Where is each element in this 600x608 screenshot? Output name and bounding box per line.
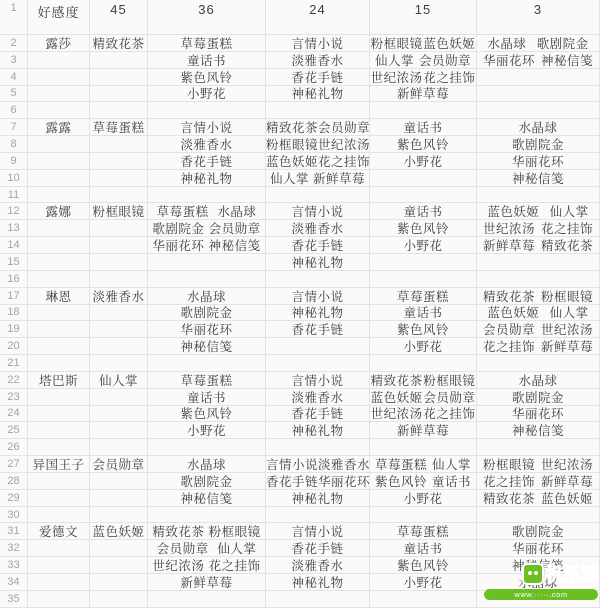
cell-gifts-36[interactable]: 神秘礼物 (148, 170, 266, 187)
cell-character-name[interactable] (28, 406, 90, 423)
header-cell-gifts-45[interactable]: 45 (90, 0, 148, 35)
cell-gifts-15[interactable]: 小野花 (370, 153, 477, 170)
cell-gifts-36[interactable]: 精致花茶粉框眼镜 (148, 523, 266, 540)
row-number[interactable]: 20 (0, 338, 28, 355)
gift-item: 神秘礼物 (291, 305, 343, 322)
cell-character-name[interactable] (28, 170, 90, 187)
cell-gifts-15[interactable]: 紫色风铃童话书 (370, 473, 477, 490)
cell-gifts-24[interactable]: 神秘礼物 (266, 422, 370, 439)
cell-character-name[interactable] (28, 490, 90, 507)
cell-character-name[interactable] (28, 271, 90, 288)
cell-gifts-36[interactable] (148, 271, 266, 288)
cell-gifts-24[interactable]: 言情小说 (266, 523, 370, 540)
cell-character-name[interactable] (28, 86, 90, 103)
cell-gifts-24[interactable]: 神秘礼物 (266, 254, 370, 271)
cell-gifts-45[interactable] (90, 473, 148, 490)
row-number[interactable]: 10 (0, 170, 28, 187)
cell-gifts-3[interactable]: 神秘信笺 (477, 422, 600, 439)
cell-character-name[interactable] (28, 422, 90, 439)
cell-gifts-24[interactable] (266, 187, 370, 204)
cell-gifts-45[interactable] (90, 338, 148, 355)
cell-gifts-3[interactable]: 华丽花环 (477, 540, 600, 557)
cell-gifts-15[interactable]: 新鲜草莓 (370, 86, 477, 103)
cell-gifts-45[interactable] (90, 220, 148, 237)
row-number[interactable]: 33 (0, 557, 28, 574)
character-name: 琳恩 (45, 288, 71, 305)
cell-gifts-45[interactable]: 蓝色妖姬 (90, 523, 148, 540)
cell-gifts-36[interactable] (148, 507, 266, 524)
gift-item: 花之挂饰 (423, 406, 475, 423)
row-number[interactable]: 8 (0, 136, 28, 153)
cell-character-name[interactable] (28, 540, 90, 557)
row-number[interactable]: 15 (0, 254, 28, 271)
cell-gifts-3[interactable]: 水晶球 (477, 574, 600, 591)
cell-gifts-3[interactable] (477, 254, 600, 271)
sheet-row: 23童话书淡雅香水蓝色妖姬会员勋章歌剧院金 (0, 389, 600, 406)
cell-gifts-24[interactable]: 言情小说 (266, 288, 370, 305)
gift-item: 歌剧院金 (537, 35, 589, 52)
gift-item: 神秘信笺 (209, 237, 261, 254)
cell-gifts-45[interactable] (90, 591, 148, 608)
gift-item: 新鲜草莓 (541, 473, 593, 490)
cell-gifts-45[interactable]: 淡雅香水 (90, 288, 148, 305)
cell-gifts-45[interactable] (90, 507, 148, 524)
cell-gifts-15[interactable] (370, 591, 477, 608)
cell-character-name[interactable]: 露娜 (28, 203, 90, 220)
cell-gifts-24[interactable] (266, 338, 370, 355)
row-number[interactable]: 4 (0, 69, 28, 86)
gift-item: 言情小说 (291, 372, 343, 389)
cell-gifts-36[interactable]: 小野花 (148, 86, 266, 103)
gift-item: 蓝色妖姬 (541, 490, 593, 507)
row-number[interactable]: 29 (0, 490, 28, 507)
cell-gifts-36[interactable]: 新鲜草莓 (148, 574, 266, 591)
cell-gifts-45[interactable] (90, 69, 148, 86)
gift-item: 水晶球 (217, 203, 256, 220)
cell-gifts-24[interactable] (266, 439, 370, 456)
header-cell-gifts-15[interactable]: 15 (370, 0, 477, 35)
cell-gifts-36[interactable]: 草莓蛋糕 (148, 372, 266, 389)
gift-item: 华丽花环 (512, 406, 564, 423)
sheet-row: 11 (0, 187, 600, 204)
cell-gifts-3[interactable]: 歌剧院金 (477, 389, 600, 406)
cell-gifts-3[interactable] (477, 69, 600, 86)
cell-gifts-45[interactable] (90, 490, 148, 507)
cell-gifts-36[interactable]: 小野花 (148, 422, 266, 439)
cell-character-name[interactable]: 露莎 (28, 35, 90, 52)
cell-gifts-45[interactable] (90, 422, 148, 439)
cell-gifts-45[interactable] (90, 254, 148, 271)
cell-character-name[interactable]: 塔巴斯 (28, 372, 90, 389)
cell-gifts-36[interactable]: 童话书 (148, 52, 266, 69)
cell-character-name[interactable] (28, 507, 90, 524)
sheet-row: 30 (0, 507, 600, 524)
gift-item: 紫色风铃 (397, 321, 449, 338)
cell-character-name[interactable] (28, 305, 90, 322)
row-number[interactable]: 28 (0, 473, 28, 490)
header-cell-gifts-3[interactable]: 3 (477, 0, 600, 35)
cell-gifts-36[interactable] (148, 439, 266, 456)
cell-gifts-24[interactable]: 蓝色妖姬花之挂饰 (266, 153, 370, 170)
cell-gifts-3[interactable] (477, 86, 600, 103)
cell-gifts-45[interactable] (90, 170, 148, 187)
cell-gifts-3[interactable]: 神秘信笺 (477, 557, 600, 574)
row-number[interactable]: 5 (0, 86, 28, 103)
cell-gifts-45[interactable] (90, 439, 148, 456)
cell-gifts-24[interactable]: 仙人掌新鲜草莓 (266, 170, 370, 187)
cell-character-name[interactable] (28, 338, 90, 355)
cell-gifts-45[interactable]: 会员勋章 (90, 456, 148, 473)
cell-gifts-24[interactable]: 精致花茶会员勋章 (266, 119, 370, 136)
cell-gifts-24[interactable]: 神秘礼物 (266, 305, 370, 322)
character-name: 露娜 (45, 203, 71, 220)
cell-gifts-45[interactable] (90, 389, 148, 406)
cell-gifts-24[interactable]: 淡雅香水 (266, 220, 370, 237)
cell-gifts-3[interactable]: 歌剧院金 (477, 523, 600, 540)
cell-gifts-24[interactable]: 香花手链 (266, 321, 370, 338)
cell-gifts-15[interactable]: 小野花 (370, 490, 477, 507)
cell-gifts-36[interactable]: 世纪浓汤花之挂饰 (148, 557, 266, 574)
header-cell-gifts-36[interactable]: 36 (148, 0, 266, 35)
cell-gifts-15[interactable]: 紫色风铃 (370, 321, 477, 338)
gift-item: 神秘信笺 (512, 170, 564, 187)
cell-gifts-15[interactable]: 仙人掌会员勋章 (370, 52, 477, 69)
cell-gifts-15[interactable]: 草莓蛋糕 (370, 288, 477, 305)
cell-gifts-36[interactable]: 童话书 (148, 389, 266, 406)
gift-item: 世纪浓汤 (152, 557, 204, 574)
cell-character-name[interactable] (28, 439, 90, 456)
sheet-row: 15神秘礼物 (0, 254, 600, 271)
sheet-row: 18歌剧院金神秘礼物童话书蓝色妖姬仙人掌 (0, 305, 600, 322)
row-number[interactable]: 26 (0, 439, 28, 456)
cell-gifts-24[interactable]: 淡雅香水 (266, 389, 370, 406)
cell-gifts-36[interactable]: 歌剧院金会员勋章 (148, 220, 266, 237)
cell-gifts-24[interactable]: 言情小说 (266, 203, 370, 220)
cell-gifts-24[interactable]: 神秘礼物 (266, 490, 370, 507)
header-cell-character-name[interactable]: 好感度 (28, 0, 90, 35)
cell-gifts-3[interactable]: 新鲜草莓精致花茶 (477, 237, 600, 254)
cell-character-name[interactable] (28, 473, 90, 490)
cell-gifts-3[interactable] (477, 102, 600, 119)
cell-gifts-15[interactable]: 粉框眼镜蓝色妖姬 (370, 35, 477, 52)
cell-gifts-45[interactable] (90, 237, 148, 254)
cell-character-name[interactable]: 琳恩 (28, 288, 90, 305)
cell-gifts-24[interactable]: 香花手链 (266, 237, 370, 254)
gift-item: 香花手链 (180, 153, 232, 170)
cell-gifts-3[interactable]: 粉框眼镜世纪浓汤 (477, 456, 600, 473)
cell-gifts-45[interactable] (90, 557, 148, 574)
cell-gifts-36[interactable]: 歌剧院金 (148, 473, 266, 490)
cell-character-name[interactable] (28, 254, 90, 271)
cell-gifts-45[interactable] (90, 52, 148, 69)
cell-character-name[interactable] (28, 102, 90, 119)
sheet-row: 24紫色风铃香花手链世纪浓汤花之挂饰华丽花环 (0, 406, 600, 423)
gift-item: 精致花茶 (371, 372, 423, 389)
row-number[interactable]: 18 (0, 305, 28, 322)
cell-gifts-36[interactable]: 香花手链 (148, 153, 266, 170)
cell-gifts-3[interactable]: 华丽花环神秘信笺 (477, 52, 600, 69)
cell-gifts-36[interactable]: 草莓蛋糕 (148, 35, 266, 52)
cell-character-name[interactable] (28, 574, 90, 591)
cell-gifts-45[interactable] (90, 187, 148, 204)
cell-gifts-36[interactable]: 言情小说 (148, 119, 266, 136)
cell-gifts-15[interactable]: 小野花 (370, 237, 477, 254)
cell-gifts-45[interactable] (90, 271, 148, 288)
header-cell-gifts-24[interactable]: 24 (266, 0, 370, 35)
cell-gifts-15[interactable] (370, 102, 477, 119)
cell-character-name[interactable] (28, 591, 90, 608)
row-number[interactable]: 32 (0, 540, 28, 557)
cell-character-name[interactable] (28, 355, 90, 372)
cell-character-name[interactable]: 爱德文 (28, 523, 90, 540)
row-number[interactable]: 3 (0, 52, 28, 69)
cell-gifts-45[interactable] (90, 540, 148, 557)
row-number[interactable]: 31 (0, 523, 28, 540)
gift-item: 淡雅香水 (318, 456, 370, 473)
cell-gifts-45[interactable]: 精致花茶 (90, 35, 148, 52)
cell-gifts-24[interactable]: 淡雅香水 (266, 52, 370, 69)
cell-gifts-3[interactable] (477, 271, 600, 288)
cell-gifts-3[interactable]: 世纪浓汤花之挂饰 (477, 220, 600, 237)
gift-item: 会员勋章 (483, 321, 535, 338)
cell-gifts-3[interactable]: 水晶球歌剧院金 (477, 35, 600, 52)
cell-gifts-45[interactable]: 粉框眼镜 (90, 203, 148, 220)
cell-gifts-36[interactable] (148, 187, 266, 204)
gift-item: 童话书 (403, 305, 442, 322)
cell-character-name[interactable] (28, 389, 90, 406)
cell-gifts-24[interactable]: 粉框眼镜世纪浓汤 (266, 136, 370, 153)
cell-gifts-3[interactable] (477, 187, 600, 204)
cell-gifts-24[interactable]: 香花手链 (266, 540, 370, 557)
row-number[interactable]: 30 (0, 507, 28, 524)
cell-gifts-15[interactable]: 紫色风铃 (370, 136, 477, 153)
cell-character-name[interactable] (28, 52, 90, 69)
cell-character-name[interactable] (28, 69, 90, 86)
cell-gifts-45[interactable] (90, 574, 148, 591)
row-number[interactable]: 12 (0, 203, 28, 220)
cell-gifts-3[interactable]: 会员勋章世纪浓汤 (477, 321, 600, 338)
cell-gifts-45[interactable] (90, 86, 148, 103)
row-number[interactable]: 17 (0, 288, 28, 305)
cell-gifts-36[interactable]: 会员勋章仙人掌 (148, 540, 266, 557)
cell-gifts-15[interactable]: 紫色风铃 (370, 220, 477, 237)
cell-gifts-24[interactable] (266, 355, 370, 372)
cell-gifts-36[interactable]: 紫色风铃 (148, 69, 266, 86)
cell-gifts-24[interactable] (266, 271, 370, 288)
row-number[interactable]: 14 (0, 237, 28, 254)
sheet-row: 8淡雅香水粉框眼镜世纪浓汤紫色风铃歌剧院金 (0, 136, 600, 153)
cell-gifts-45[interactable]: 草莓蛋糕 (90, 119, 148, 136)
cell-gifts-36[interactable]: 草莓蛋糕水晶球 (148, 203, 266, 220)
gift-item: 香花手链 (291, 69, 343, 86)
gift-item: 粉框眼镜 (92, 203, 144, 220)
cell-gifts-15[interactable] (370, 439, 477, 456)
cell-gifts-36[interactable]: 紫色风铃 (148, 406, 266, 423)
gift-item: 歌剧院金 (512, 523, 564, 540)
cell-character-name[interactable] (28, 187, 90, 204)
cell-gifts-36[interactable]: 歌剧院金 (148, 305, 266, 322)
cell-gifts-15[interactable] (370, 271, 477, 288)
cell-gifts-15[interactable]: 小野花 (370, 338, 477, 355)
cell-gifts-36[interactable] (148, 102, 266, 119)
gift-item: 香花手链 (291, 406, 343, 423)
cell-gifts-15[interactable]: 童话书 (370, 119, 477, 136)
cell-gifts-36[interactable] (148, 355, 266, 372)
gift-item: 粉框眼镜 (541, 288, 593, 305)
cell-gifts-3[interactable]: 华丽花环 (477, 406, 600, 423)
cell-gifts-45[interactable] (90, 321, 148, 338)
cell-gifts-3[interactable]: 蓝色妖姬仙人掌 (477, 203, 600, 220)
cell-gifts-15[interactable]: 小野花 (370, 574, 477, 591)
gift-item: 精致花茶 (541, 237, 593, 254)
cell-gifts-15[interactable] (370, 507, 477, 524)
cell-gifts-15[interactable]: 童话书 (370, 305, 477, 322)
cell-gifts-36[interactable]: 华丽花环神秘信笺 (148, 237, 266, 254)
cell-gifts-36[interactable]: 神秘信笺 (148, 338, 266, 355)
header-label: 3 (534, 2, 542, 17)
cell-gifts-3[interactable]: 华丽花环 (477, 153, 600, 170)
row-number[interactable]: 35 (0, 591, 28, 608)
cell-gifts-24[interactable]: 香花手链 (266, 69, 370, 86)
row-number[interactable]: 19 (0, 321, 28, 338)
cell-gifts-45[interactable] (90, 406, 148, 423)
cell-gifts-24[interactable] (266, 507, 370, 524)
cell-gifts-15[interactable] (370, 254, 477, 271)
gift-item: 草莓蛋糕 (397, 288, 449, 305)
cell-character-name[interactable]: 异国王子 (28, 456, 90, 473)
cell-gifts-3[interactable]: 花之挂饰新鲜草莓 (477, 473, 600, 490)
header-label: 36 (198, 2, 214, 17)
cell-gifts-24[interactable]: 神秘礼物 (266, 574, 370, 591)
gift-item: 花之挂饰 (209, 557, 261, 574)
cell-gifts-15[interactable]: 草莓蛋糕仙人掌 (370, 456, 477, 473)
cell-gifts-15[interactable]: 精致花茶粉框眼镜 (370, 372, 477, 389)
gift-item: 会员勋章 (157, 540, 209, 557)
cell-gifts-15[interactable]: 世纪浓汤花之挂饰 (370, 69, 477, 86)
cell-gifts-24[interactable]: 香花手链华丽花环 (266, 473, 370, 490)
cell-gifts-24[interactable] (266, 102, 370, 119)
row-number[interactable]: 34 (0, 574, 28, 591)
gift-item: 歌剧院金 (512, 389, 564, 406)
sheet-row: 22塔巴斯仙人掌草莓蛋糕言情小说精致花茶粉框眼镜水晶球 (0, 372, 600, 389)
row-number[interactable]: 22 (0, 372, 28, 389)
row-number[interactable]: 7 (0, 119, 28, 136)
gift-item: 水晶球 (187, 456, 226, 473)
gift-item: 草莓蛋糕 (180, 372, 232, 389)
cell-gifts-45[interactable] (90, 136, 148, 153)
row-number[interactable]: 1 (0, 0, 28, 35)
cell-character-name[interactable] (28, 321, 90, 338)
cell-gifts-36[interactable]: 华丽花环 (148, 321, 266, 338)
header-label: 好感度 (37, 2, 79, 21)
cell-gifts-36[interactable]: 水晶球 (148, 456, 266, 473)
gift-item: 童话书 (187, 389, 226, 406)
cell-gifts-3[interactable] (477, 355, 600, 372)
cell-gifts-24[interactable]: 淡雅香水 (266, 557, 370, 574)
cell-character-name[interactable] (28, 136, 90, 153)
row-number[interactable]: 27 (0, 456, 28, 473)
cell-character-name[interactable] (28, 237, 90, 254)
cell-character-name[interactable] (28, 153, 90, 170)
gift-item: 神秘信笺 (180, 490, 232, 507)
cell-gifts-24[interactable]: 言情小说淡雅香水 (266, 456, 370, 473)
row-number[interactable]: 24 (0, 406, 28, 423)
row-number[interactable]: 6 (0, 102, 28, 119)
spreadsheet: 1好感度4536241532露莎精致花茶草莓蛋糕言情小说粉框眼镜蓝色妖姬水晶球歌… (0, 0, 600, 608)
cell-gifts-15[interactable]: 紫色风铃 (370, 557, 477, 574)
cell-gifts-3[interactable]: 花之挂饰新鲜草莓 (477, 338, 600, 355)
cell-gifts-24[interactable]: 香花手链 (266, 406, 370, 423)
cell-gifts-3[interactable]: 歌剧院金 (477, 136, 600, 153)
cell-gifts-24[interactable]: 言情小说 (266, 372, 370, 389)
cell-gifts-36[interactable]: 淡雅香水 (148, 136, 266, 153)
cell-gifts-36[interactable] (148, 254, 266, 271)
cell-gifts-45[interactable] (90, 153, 148, 170)
cell-gifts-3[interactable]: 神秘信笺 (477, 170, 600, 187)
row-number[interactable]: 9 (0, 153, 28, 170)
cell-gifts-24[interactable]: 言情小说 (266, 35, 370, 52)
cell-gifts-3[interactable]: 蓝色妖姬仙人掌 (477, 305, 600, 322)
gift-item: 童话书 (403, 203, 442, 220)
cell-gifts-3[interactable] (477, 507, 600, 524)
cell-gifts-3[interactable] (477, 591, 600, 608)
cell-character-name[interactable] (28, 220, 90, 237)
cell-gifts-3[interactable]: 精致花茶蓝色妖姬 (477, 490, 600, 507)
row-number[interactable]: 11 (0, 187, 28, 204)
cell-gifts-45[interactable]: 仙人掌 (90, 372, 148, 389)
cell-gifts-15[interactable]: 童话书 (370, 203, 477, 220)
sheet-row: 7露露草莓蛋糕言情小说精致花茶会员勋章童话书水晶球 (0, 119, 600, 136)
row-number[interactable]: 16 (0, 271, 28, 288)
row-number[interactable]: 25 (0, 422, 28, 439)
gift-item: 华丽花环 (512, 153, 564, 170)
gift-item: 神秘信笺 (512, 557, 564, 574)
cell-character-name[interactable] (28, 557, 90, 574)
cell-gifts-15[interactable]: 新鲜草莓 (370, 422, 477, 439)
cell-gifts-15[interactable]: 世纪浓汤花之挂饰 (370, 406, 477, 423)
sheet-row: 35 (0, 591, 600, 608)
cell-gifts-3[interactable]: 精致花茶粉框眼镜 (477, 288, 600, 305)
cell-character-name[interactable]: 露露 (28, 119, 90, 136)
cell-gifts-36[interactable] (148, 591, 266, 608)
gift-item: 神秘礼物 (180, 170, 232, 187)
gift-item: 粉框眼镜 (483, 456, 535, 473)
cell-gifts-15[interactable]: 蓝色妖姬会员勋章 (370, 389, 477, 406)
cell-gifts-45[interactable] (90, 305, 148, 322)
cell-gifts-3[interactable]: 水晶球 (477, 119, 600, 136)
cell-gifts-3[interactable] (477, 439, 600, 456)
sheet-row: 33世纪浓汤花之挂饰淡雅香水紫色风铃神秘信笺 (0, 557, 600, 574)
cell-gifts-45[interactable] (90, 102, 148, 119)
gift-item: 神秘信笺 (512, 422, 564, 439)
cell-gifts-45[interactable] (90, 355, 148, 372)
cell-gifts-3[interactable]: 水晶球 (477, 372, 600, 389)
cell-gifts-36[interactable]: 神秘信笺 (148, 490, 266, 507)
cell-gifts-36[interactable]: 水晶球 (148, 288, 266, 305)
gift-item: 粉框眼镜 (423, 372, 475, 389)
cell-gifts-24[interactable]: 神秘礼物 (266, 86, 370, 103)
cell-gifts-15[interactable] (370, 355, 477, 372)
cell-gifts-15[interactable] (370, 187, 477, 204)
cell-gifts-24[interactable] (266, 591, 370, 608)
row-number[interactable]: 2 (0, 35, 28, 52)
cell-gifts-15[interactable] (370, 170, 477, 187)
cell-gifts-15[interactable]: 草莓蛋糕 (370, 523, 477, 540)
cell-gifts-15[interactable]: 童话书 (370, 540, 477, 557)
row-number[interactable]: 23 (0, 389, 28, 406)
row-number[interactable]: 21 (0, 355, 28, 372)
row-number[interactable]: 13 (0, 220, 28, 237)
